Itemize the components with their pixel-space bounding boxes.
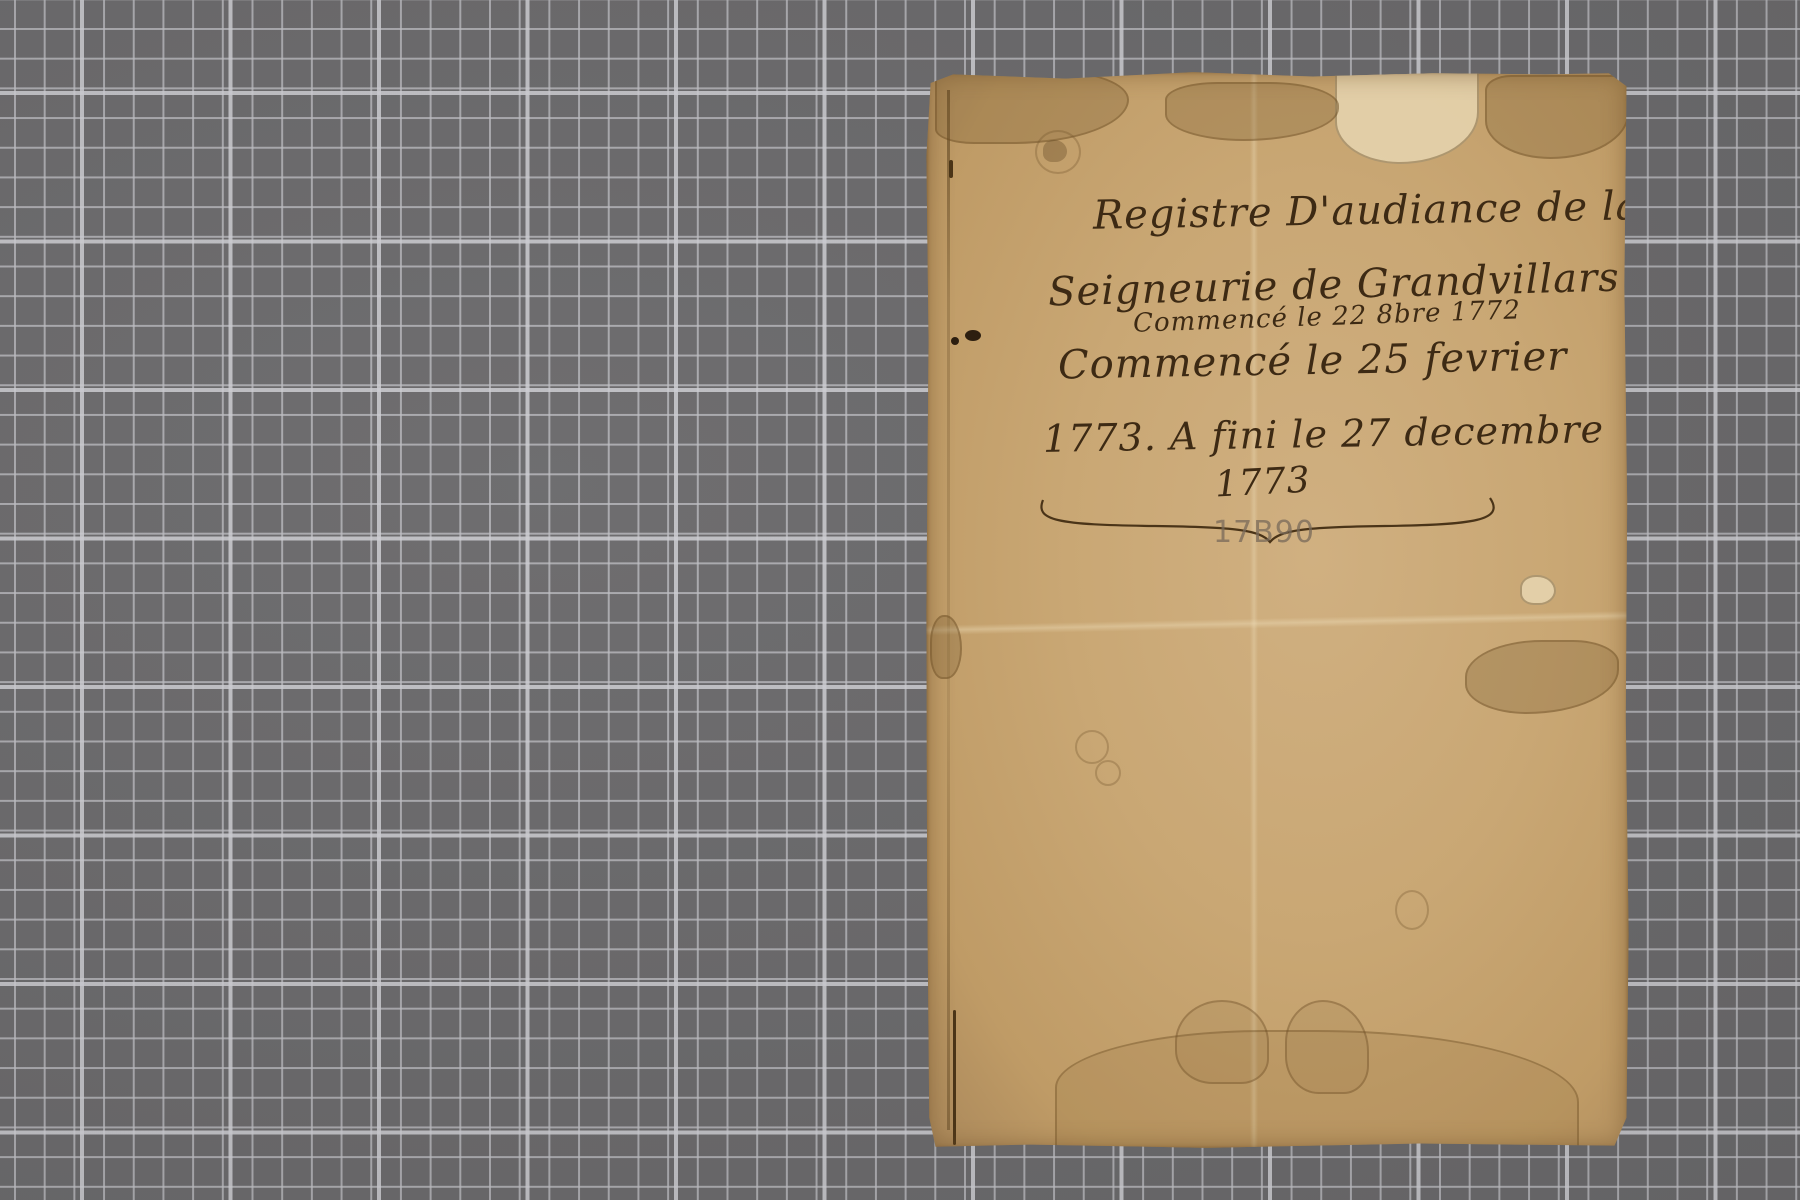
ring-stain xyxy=(1075,730,1109,764)
start-date-line: Commencé le 25 fevrier xyxy=(1058,334,1568,389)
paper-loss xyxy=(1335,70,1479,164)
horizontal-crease xyxy=(925,611,1630,636)
spine-fold xyxy=(947,90,950,1130)
shelfmark-pencil: 17B90 xyxy=(1213,515,1315,550)
small-tear xyxy=(1520,575,1556,605)
title-line-1: Registre D'audiance de la xyxy=(1093,183,1641,239)
water-stain xyxy=(1165,82,1339,141)
ink-blot xyxy=(951,337,959,345)
edge-stain xyxy=(930,615,962,679)
register-cover: Registre D'audiance de la Seigneurie de … xyxy=(925,70,1630,1150)
ring-stain xyxy=(1035,130,1081,174)
water-stain xyxy=(935,70,1129,144)
ring-stain xyxy=(1395,890,1429,930)
end-date-line: 1773. A fini le 27 decembre xyxy=(1043,407,1605,461)
ring-stain xyxy=(1095,760,1121,786)
water-stain xyxy=(1465,640,1619,714)
water-stain xyxy=(1175,1000,1269,1084)
binding-stitch-top xyxy=(949,160,953,178)
binding-stitch-bottom xyxy=(953,1010,956,1145)
water-stain xyxy=(1285,1000,1369,1094)
water-stain xyxy=(1485,75,1629,159)
ink-blot xyxy=(965,330,981,341)
